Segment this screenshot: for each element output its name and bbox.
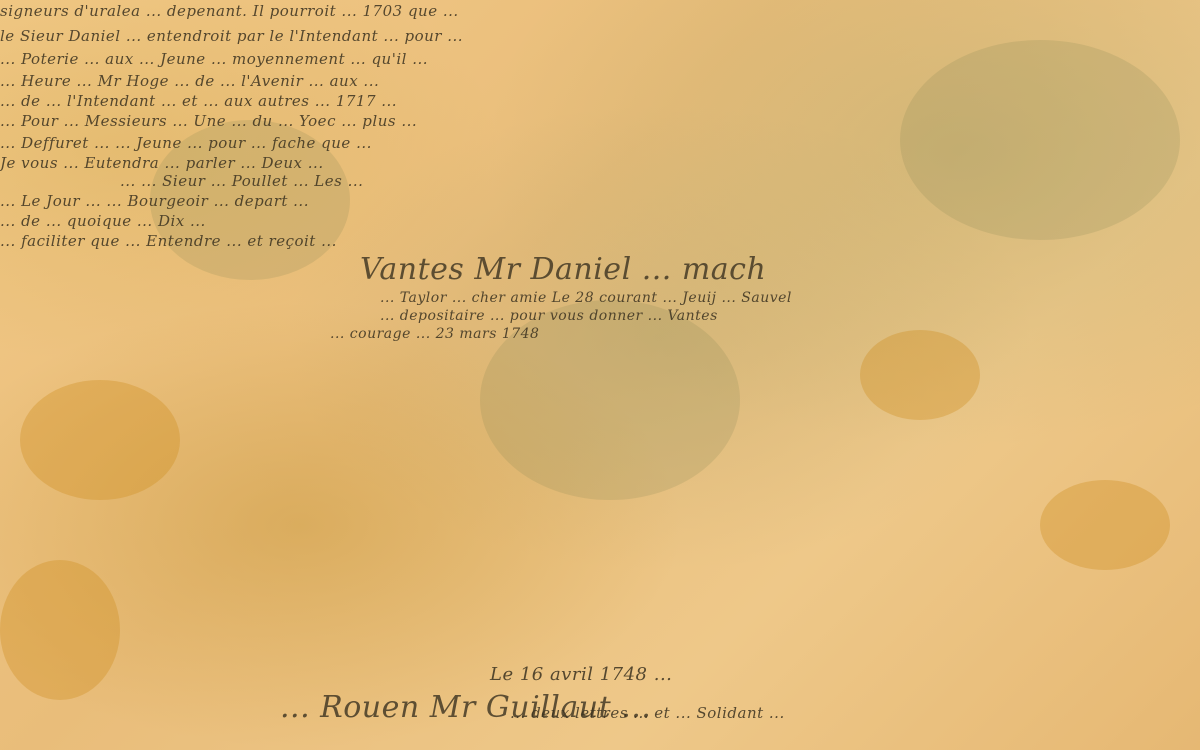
script-line: ... depositaire ... pour vous donner ...… xyxy=(380,308,718,324)
script-line: ... Poterie ... aux ... Jeune ... moyenn… xyxy=(0,50,428,68)
script-line: Le 16 avril 1748 ... xyxy=(490,664,672,685)
script-heading: Vantes Mr Daniel ... mach xyxy=(360,252,766,287)
script-line: ... Taylor ... cher amie Le 28 courant .… xyxy=(380,290,792,306)
stain xyxy=(20,380,180,500)
script-line: ... Pour ... Messieurs ... Une ... du ..… xyxy=(0,112,417,130)
script-line: le Sieur Daniel ... entendroit par le l'… xyxy=(0,27,463,45)
stain xyxy=(860,330,980,420)
script-line: signeurs d'uralea ... depenant. Il pourr… xyxy=(0,2,459,20)
script-line: ... Le Jour ... ... Bourgeoir ... depart… xyxy=(0,192,309,210)
stain xyxy=(1040,480,1170,570)
script-line: ... de ... l'Intendant ... et ... aux au… xyxy=(0,92,397,110)
script-line: ... Heure ... Mr Hoge ... de ... l'Aveni… xyxy=(0,72,379,90)
script-line: ... ... Sieur ... Poullet ... Les ... xyxy=(120,172,363,190)
script-line: Je vous ... Eutendra ... parler ... Deux… xyxy=(0,154,324,172)
stain xyxy=(0,560,120,700)
script-line: ... courage ... 23 mars 1748 xyxy=(330,326,539,342)
script-line: ... Deffuret ... ... Jeune ... pour ... … xyxy=(0,134,372,152)
script-line: ... faciliter que ... Entendre ... et re… xyxy=(0,232,337,250)
parchment-background: signeurs d'uralea ... depenant. Il pourr… xyxy=(0,0,1200,750)
script-line: ... deux lettres ... et ... Solidant ... xyxy=(510,704,785,722)
mold-patch xyxy=(900,40,1180,240)
script-line: ... de ... quoique ... Dix ... xyxy=(0,212,206,230)
